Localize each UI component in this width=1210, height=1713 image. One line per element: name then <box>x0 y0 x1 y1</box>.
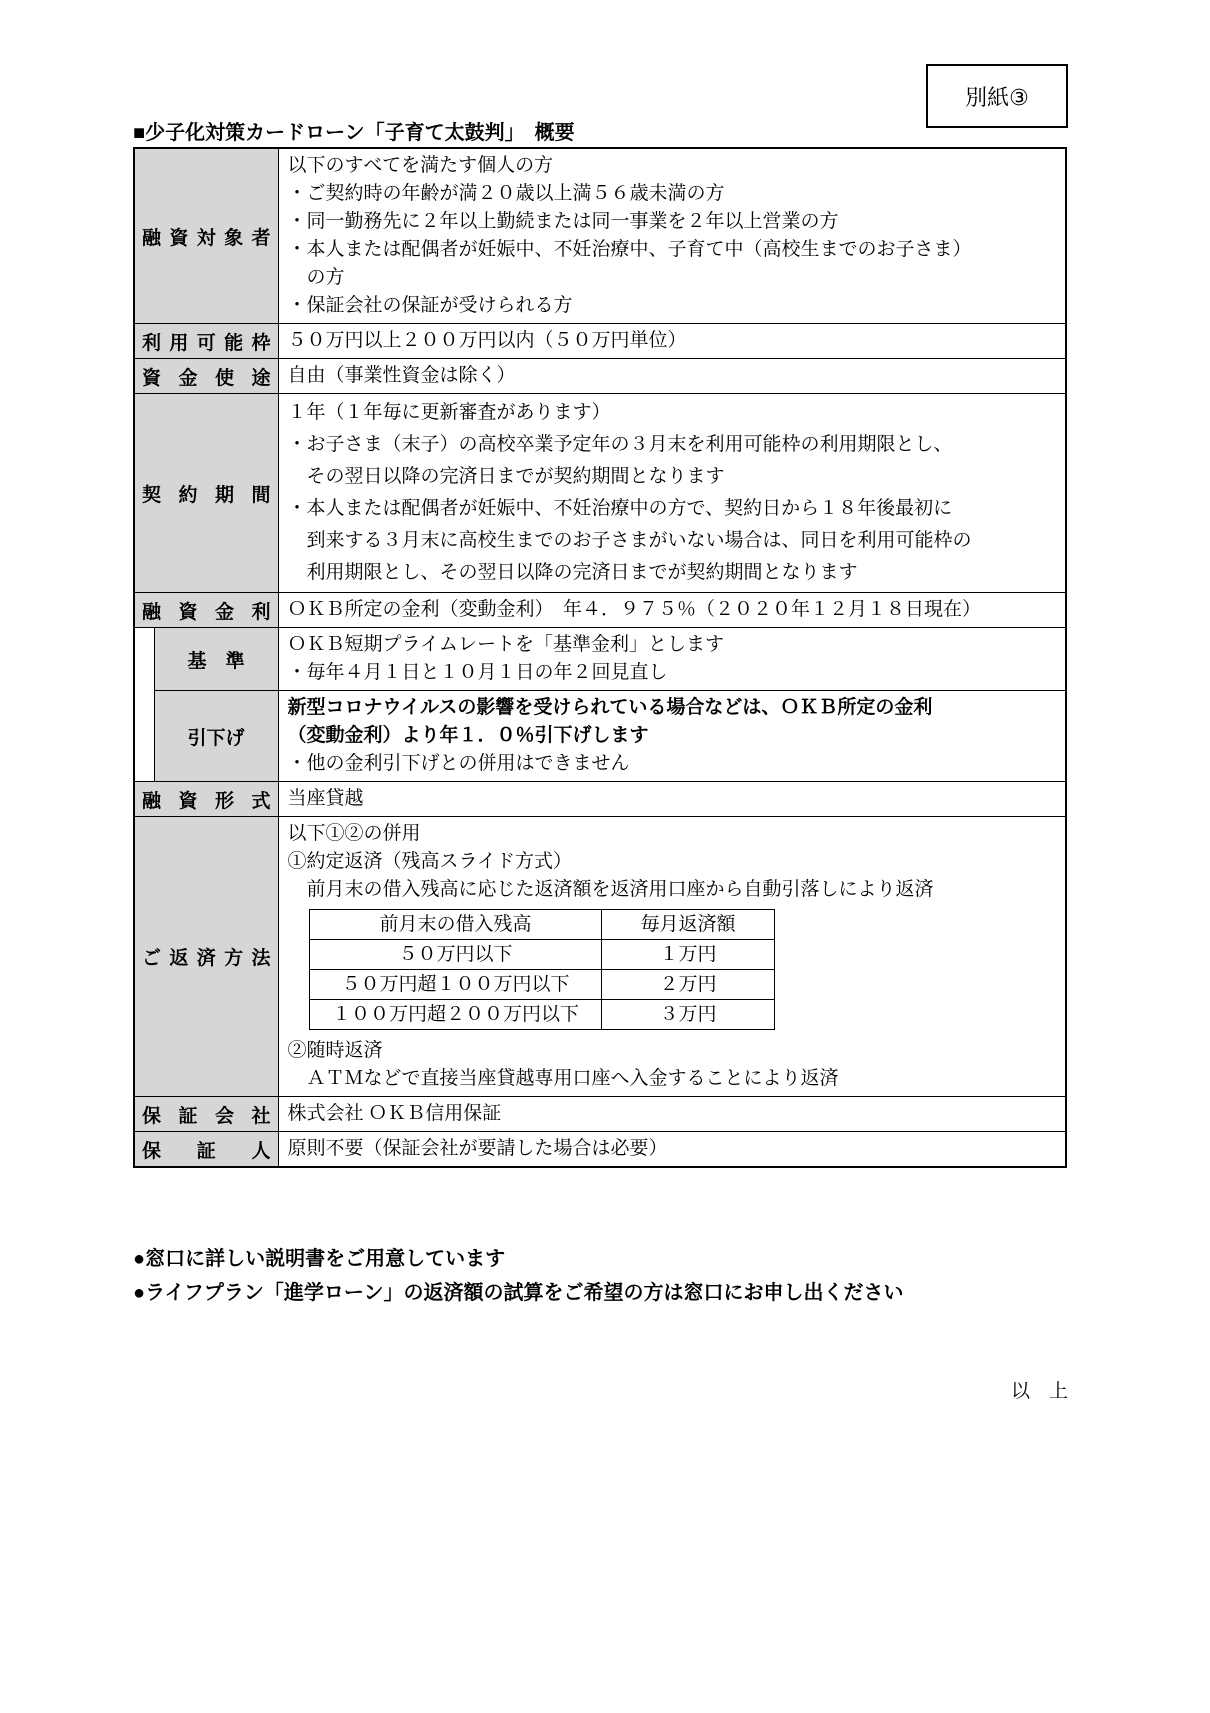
row-label-guarantor: 保証人 <box>134 1132 278 1168</box>
table-row-usage: 資金使途 自由（事業性資金は除く） <box>134 359 1066 394</box>
content-line: ・他の金利引下げとの併用はできません <box>288 750 1056 778</box>
schedule-cell-amount: １万円 <box>602 940 774 970</box>
schedule-header-amount: 毎月返済額 <box>602 910 774 940</box>
page-title: ■少子化対策カードローン「子育て太鼓判」 概要 <box>133 116 575 145</box>
content-line: ・本人または配偶者が妊娠中、不妊治療中、子育て中（高校生までのお子さま） <box>288 236 1056 264</box>
schedule-cell-balance: １００万円超２００万円以下 <box>309 1000 602 1030</box>
attachment-label-box: 別紙③ <box>926 64 1068 128</box>
content-line-bold: （変動金利）より年１．０％引下げします <box>288 722 1056 750</box>
schedule-cell-amount: ２万円 <box>602 970 774 1000</box>
content-line: 到来する３月末に高校生までのお子さまがいない場合は、同日を利用可能枠の <box>288 525 1056 557</box>
content-line: ＯＫＢ短期プライムレートを「基準金利」とします <box>288 631 1056 659</box>
content-line: １年（１年毎に更新審査があります） <box>288 397 1056 429</box>
schedule-cell-amount: ３万円 <box>602 1000 774 1030</box>
schedule-row: ５０万円以下 １万円 <box>309 940 774 970</box>
row-content-base-rate: ＯＫＢ短期プライムレートを「基準金利」とします ・毎年４月１日と１０月１日の年２… <box>278 628 1066 691</box>
loan-overview-table: 融資対象者 以下のすべてを満たす個人の方 ・ご契約時の年齢が満２０歳以上満５６歳… <box>133 147 1067 1168</box>
table-row-discount: 引下げ 新型コロナウイルスの影響を受けられている場合などは、ＯＫＢ所定の金利 （… <box>134 691 1066 782</box>
schedule-header-row: 前月末の借入残高 毎月返済額 <box>309 910 774 940</box>
table-row-repayment: ご返済方法 以下①②の併用 ①約定返済（残高スライド方式） 前月末の借入残高に応… <box>134 817 1066 1097</box>
row-label-limit: 利用可能枠 <box>134 324 278 359</box>
row-label-rate: 融資金利 <box>134 593 278 628</box>
row-content-limit: ５０万円以上２００万円以内（５０万円単位） <box>278 324 1066 359</box>
row-content-term: １年（１年毎に更新審査があります） ・お子さま（末子）の高校卒業予定年の３月末を… <box>278 394 1066 593</box>
row-content-guarantor: 原則不要（保証会社が要請した場合は必要） <box>278 1132 1066 1168</box>
row-label-discount: 引下げ <box>154 691 278 782</box>
content-line: 利用期限とし、その翌日以降の完済日までが契約期間となります <box>288 557 1056 589</box>
content-line: ・毎年４月１日と１０月１日の年２回見直し <box>288 659 1056 687</box>
table-row-rate: 融資金利 ＯＫＢ所定の金利（変動金利） 年４．９７５％（２０２０年１２月１８日現… <box>134 593 1066 628</box>
row-content-repayment: 以下①②の併用 ①約定返済（残高スライド方式） 前月末の借入残高に応じた返済額を… <box>278 817 1066 1097</box>
note-line: ●ライフプラン「進学ローン」の返済額の試算をご希望の方は窓口にお申し出ください <box>133 1276 903 1310</box>
content-line: ・お子さま（末子）の高校卒業予定年の３月末を利用可能枠の利用期限とし、 <box>288 429 1056 461</box>
table-row-term: 契約期間 １年（１年毎に更新審査があります） ・お子さま（末子）の高校卒業予定年… <box>134 394 1066 593</box>
content-line: ②随時返済 <box>288 1037 1056 1065</box>
row-content-discount: 新型コロナウイルスの影響を受けられている場合などは、ＯＫＢ所定の金利 （変動金利… <box>278 691 1066 782</box>
repayment-schedule-table: 前月末の借入残高 毎月返済額 ５０万円以下 １万円 ５０万円超１００万円以下 ２… <box>309 909 775 1030</box>
content-line: ＡＴＭなどで直接当座貸越専用口座へ入金することにより返済 <box>288 1065 1056 1093</box>
row-content-usage: 自由（事業性資金は除く） <box>278 359 1066 394</box>
content-line: ・ご契約時の年齢が満２０歳以上満５６歳未満の方 <box>288 180 1056 208</box>
row-label-term: 契約期間 <box>134 394 278 593</box>
row-label-form: 融資形式 <box>134 782 278 817</box>
table-row-target: 融資対象者 以下のすべてを満たす個人の方 ・ご契約時の年齢が満２０歳以上満５６歳… <box>134 148 1066 324</box>
closing-text: 以 上 <box>1011 1376 1068 1403</box>
row-label-base-rate: 基 準 <box>154 628 278 691</box>
content-line: 前月末の借入残高に応じた返済額を返済用口座から自動引落しにより返済 <box>288 876 1056 904</box>
note-line: ●窓口に詳しい説明書をご用意しています <box>133 1242 903 1276</box>
content-line: ・同一勤務先に２年以上勤続または同一事業を２年以上営業の方 <box>288 208 1056 236</box>
schedule-header-balance: 前月末の借入残高 <box>309 910 602 940</box>
table-row-guarantor: 保証人 原則不要（保証会社が要請した場合は必要） <box>134 1132 1066 1168</box>
content-line: ①約定返済（残高スライド方式） <box>288 848 1056 876</box>
row-label-repayment: ご返済方法 <box>134 817 278 1097</box>
row-label-target: 融資対象者 <box>134 148 278 324</box>
footer-notes: ●窓口に詳しい説明書をご用意しています ●ライフプラン「進学ローン」の返済額の試… <box>133 1242 903 1310</box>
table-row-form: 融資形式 当座貸越 <box>134 782 1066 817</box>
row-content-rate: ＯＫＢ所定の金利（変動金利） 年４．９７５％（２０２０年１２月１８日現在） <box>278 593 1066 628</box>
row-label-guarantor-company: 保証会社 <box>134 1097 278 1132</box>
schedule-cell-balance: ５０万円超１００万円以下 <box>309 970 602 1000</box>
table-row-guarantor-company: 保証会社 株式会社 ＯＫＢ信用保証 <box>134 1097 1066 1132</box>
schedule-row: ５０万円超１００万円以下 ２万円 <box>309 970 774 1000</box>
sub-row-indent-strip <box>134 628 154 782</box>
content-line-bold: 新型コロナウイルスの影響を受けられている場合などは、ＯＫＢ所定の金利 <box>288 694 1056 722</box>
row-content-form: 当座貸越 <box>278 782 1066 817</box>
content-line: その翌日以降の完済日までが契約期間となります <box>288 461 1056 493</box>
attachment-label: 別紙③ <box>965 81 1029 112</box>
table-row-limit: 利用可能枠 ５０万円以上２００万円以内（５０万円単位） <box>134 324 1066 359</box>
document-page: 別紙③ ■少子化対策カードローン「子育て太鼓判」 概要 融資対象者 以下のすべて… <box>0 0 1210 1713</box>
row-label-usage: 資金使途 <box>134 359 278 394</box>
row-content-target: 以下のすべてを満たす個人の方 ・ご契約時の年齢が満２０歳以上満５６歳未満の方 ・… <box>278 148 1066 324</box>
content-line: ・保証会社の保証が受けられる方 <box>288 292 1056 320</box>
schedule-cell-balance: ５０万円以下 <box>309 940 602 970</box>
content-line: 以下①②の併用 <box>288 820 1056 848</box>
row-content-guarantor-company: 株式会社 ＯＫＢ信用保証 <box>278 1097 1066 1132</box>
table-row-base-rate: 基 準 ＯＫＢ短期プライムレートを「基準金利」とします ・毎年４月１日と１０月１… <box>134 628 1066 691</box>
schedule-row: １００万円超２００万円以下 ３万円 <box>309 1000 774 1030</box>
content-line: の方 <box>288 264 1056 292</box>
content-line: ・本人または配偶者が妊娠中、不妊治療中の方で、契約日から１８年後最初に <box>288 493 1056 525</box>
content-line: 以下のすべてを満たす個人の方 <box>288 152 1056 180</box>
